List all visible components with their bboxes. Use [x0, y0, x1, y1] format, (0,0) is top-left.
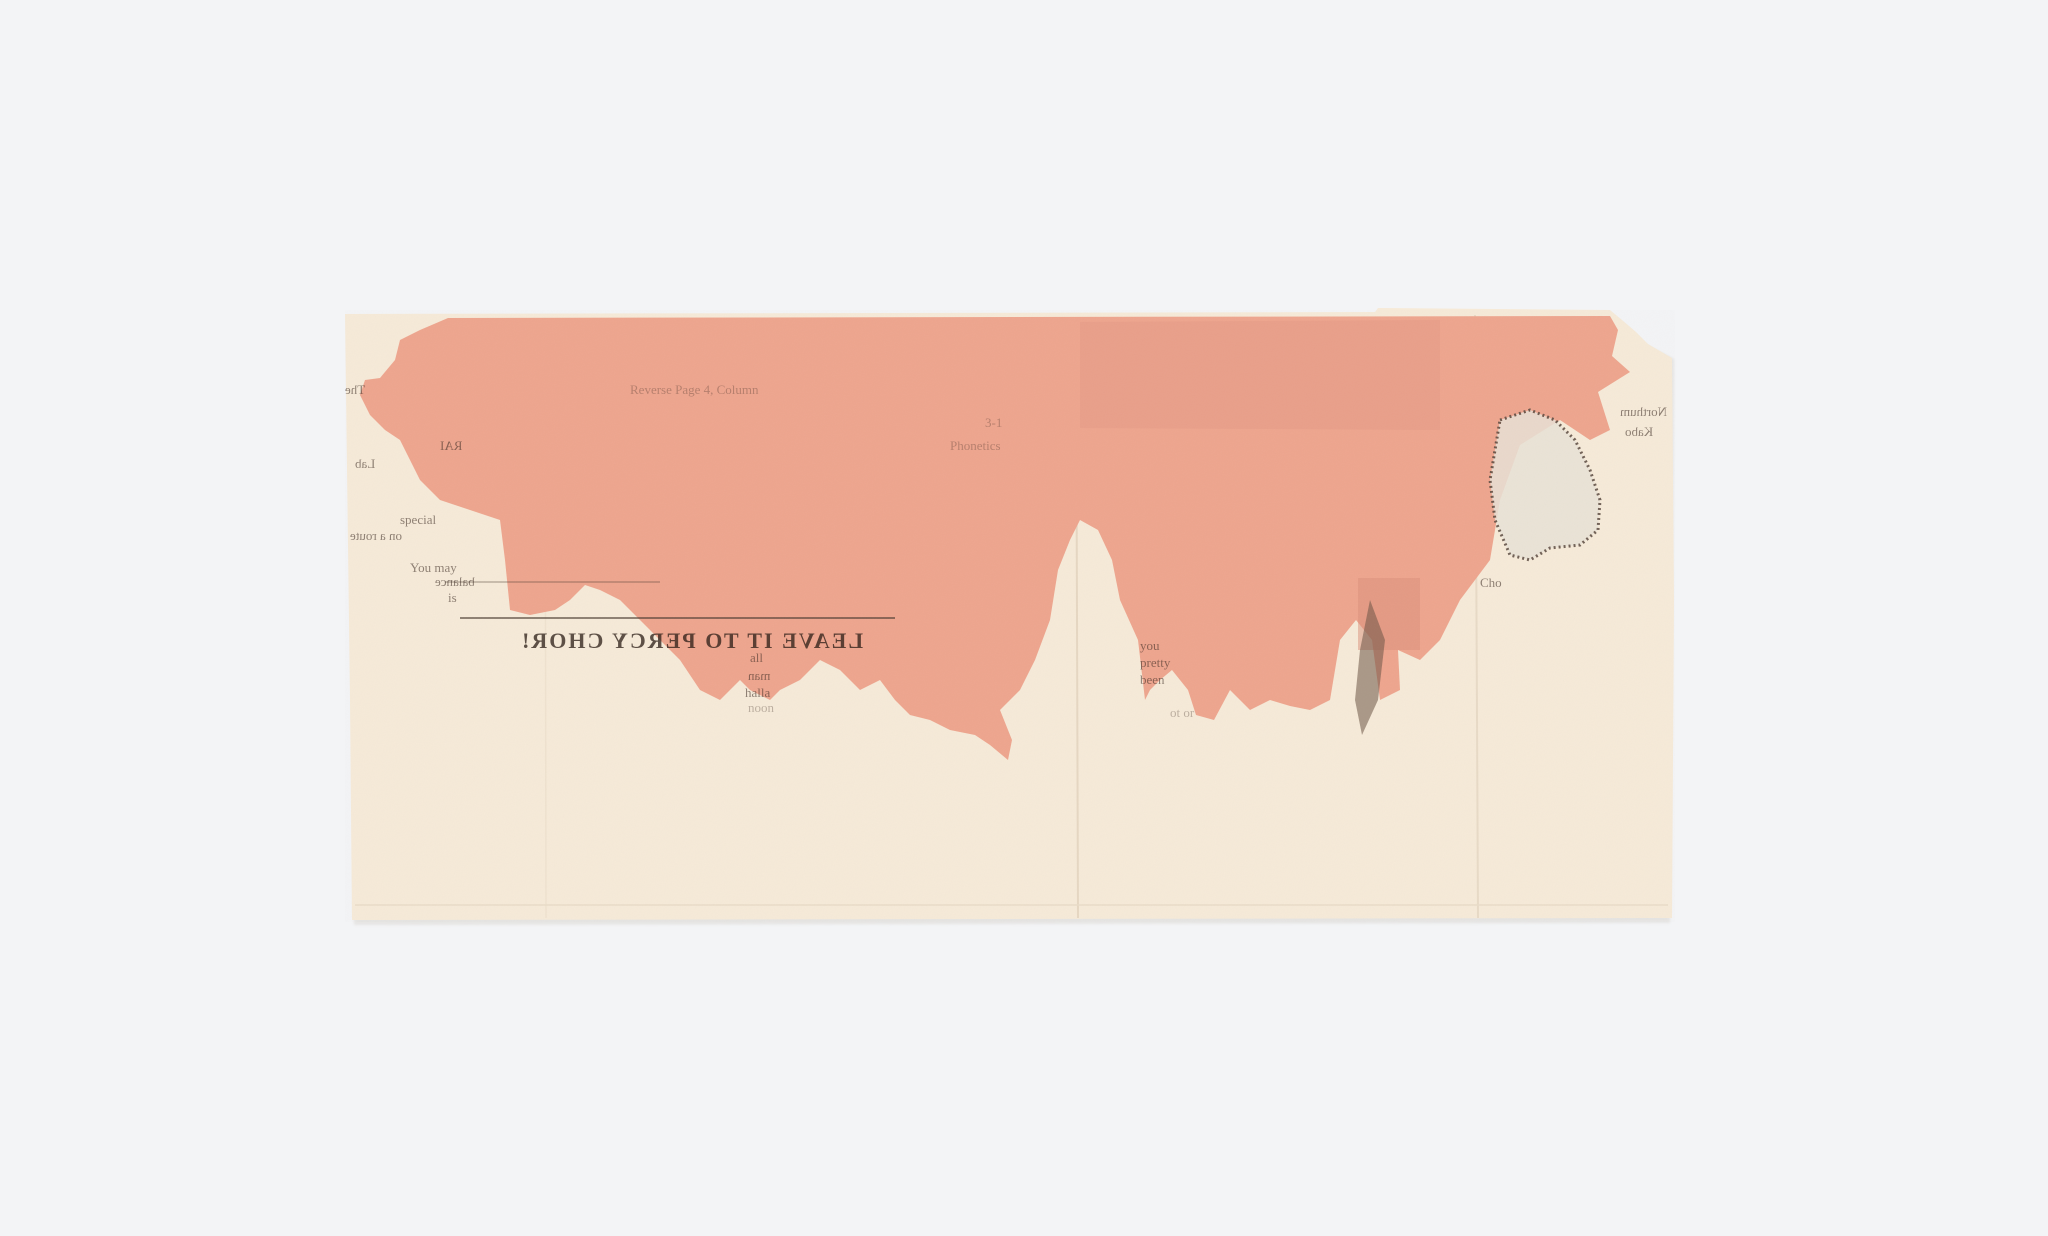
- text-fragment: halla: [745, 685, 770, 701]
- text-fragment: Lab: [355, 456, 375, 472]
- text-fragment: Northum: [1620, 404, 1667, 420]
- text-fragment: you: [1140, 638, 1160, 654]
- text-fragment: Reverse Page 4, Column: [630, 382, 759, 398]
- text-fragment: You may: [410, 560, 457, 575]
- text-fragment: RAI: [440, 438, 462, 454]
- mirrored-headline: LEAVE IT TO PERCY CHOR!: [520, 628, 863, 654]
- text-fragment: is: [448, 590, 457, 605]
- text-fragment: balance: [435, 574, 475, 590]
- artwork-photo: LEAVE IT TO PERCY CHOR! The RAI Lab spec…: [0, 0, 2048, 1236]
- text-fragment: ot or: [1170, 705, 1194, 721]
- torn-newspaper-with-paint: [0, 0, 2048, 1236]
- text-fragment: noon: [748, 700, 774, 716]
- text-fragment: Cho: [1480, 575, 1502, 591]
- text-fragment: been: [1140, 672, 1165, 688]
- text-fragment: Kabo: [1625, 424, 1653, 440]
- text-fragment: on a route: [350, 528, 402, 544]
- text-fragment: pretty: [1140, 655, 1170, 671]
- text-fragment: special: [400, 512, 436, 527]
- text-fragment: Phonetics: [950, 438, 1001, 454]
- text-fragment: The: [345, 382, 365, 398]
- text-fragment: 3-1: [985, 415, 1002, 431]
- text-fragment: man: [748, 668, 770, 684]
- text-fragment: all: [750, 650, 763, 666]
